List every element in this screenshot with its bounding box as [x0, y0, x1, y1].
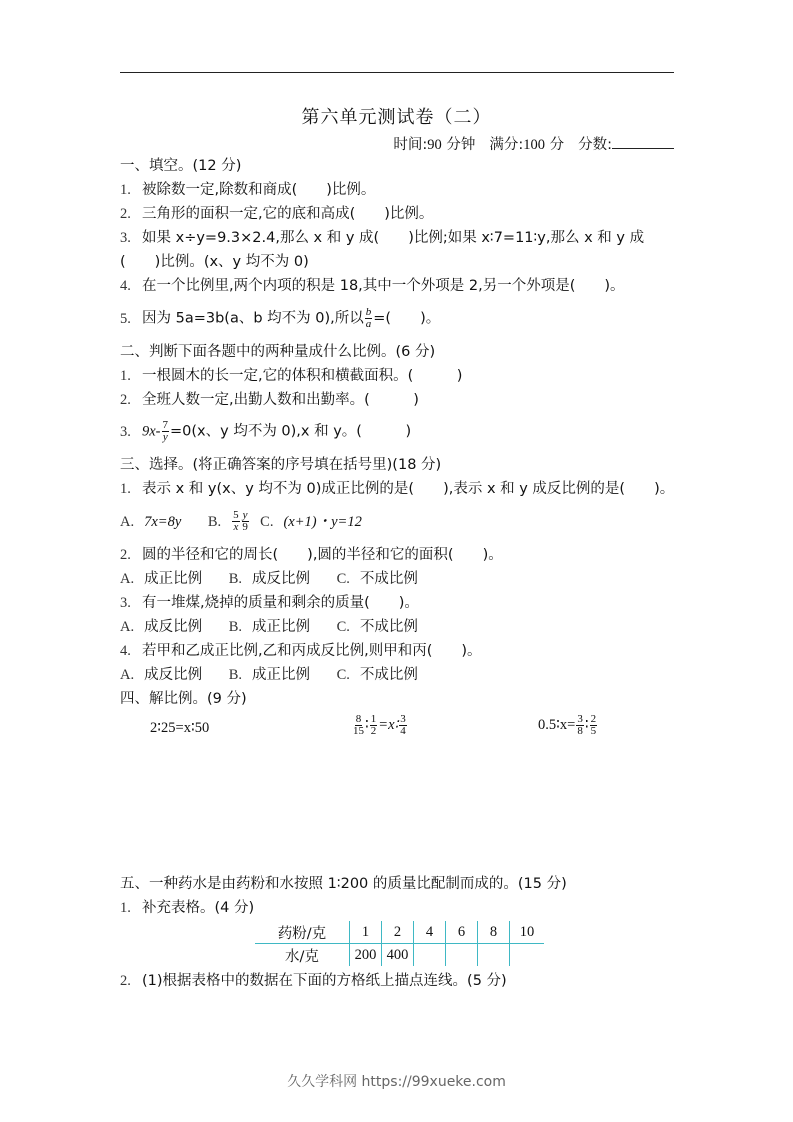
header-rule	[120, 72, 674, 73]
fraction: 7y	[162, 420, 170, 443]
section1-heading: 一、填空。(12 分)	[120, 156, 241, 176]
footer-watermark: 久久学科网 https://99xueke.com	[0, 1071, 793, 1091]
option-c: C.不成比例	[337, 569, 418, 589]
equation-3: 0.5∶x=38∶25	[538, 714, 598, 737]
option-a: A.成反比例	[120, 665, 202, 685]
section4-heading: 四、解比例。(9 分)	[120, 689, 247, 709]
page-title: 第六单元测试卷（二）	[0, 103, 793, 129]
table-row: 水/克 200 400	[255, 944, 544, 967]
question-3-3: 3.有一堆煤,烧掉的质量和剩余的质量( )。	[120, 593, 419, 613]
option-a: A.成正比例	[120, 569, 202, 589]
question-3-4: 4.若甲和乙成正比例,乙和丙成反比例,则甲和丙( )。	[120, 641, 482, 661]
question-5-2: 2.(1)根据表格中的数据在下面的方格纸上描点连线。(5 分)	[120, 971, 507, 991]
question-3-2-options: A.成正比例 B.成反比例 C.不成比例	[120, 569, 440, 589]
time-info: 时间:90 分钟	[393, 133, 475, 154]
question-3-2: 2.圆的半径和它的周长( ),圆的半径和它的面积( )。	[120, 545, 503, 565]
data-table: 药粉/克 1 2 4 6 8 10 水/克 200 400	[255, 921, 544, 966]
question-1-5: 5.因为 5a=3b(a、b 均不为 0),所以ba=( )。	[120, 307, 440, 330]
option-b: B.5xy9	[208, 510, 250, 533]
equation-1: 2∶25=x∶50	[150, 720, 209, 737]
option-b: B.成正比例	[229, 617, 310, 637]
fraction: ba	[365, 307, 373, 330]
question-3-4-options: A.成反比例 B.成正比例 C.不成比例	[120, 665, 440, 685]
section2-heading: 二、判断下面各题中的两种量成什么比例。(6 分)	[120, 342, 435, 362]
option-c: C.(x+1)・y=12	[260, 512, 362, 532]
option-c: C.不成比例	[337, 665, 418, 685]
section5-heading: 五、一种药水是由药粉和水按照 1∶200 的质量比配制而成的。(15 分)	[120, 874, 567, 894]
score-field[interactable]: 分数:	[578, 132, 674, 154]
option-a: A.7x=8y	[120, 512, 181, 532]
full-score-info: 满分:100 分	[489, 133, 564, 154]
question-1-1: 1.被除数一定,除数和商成( )比例。	[120, 180, 375, 200]
section3-heading: 三、选择。(将正确答案的序号填在括号里)(18 分)	[120, 455, 441, 475]
question-1-3: 3.如果 x÷y=9.3×2.4,那么 x 和 y 成( )比例;如果 x∶7=…	[120, 228, 644, 248]
option-a: A.成反比例	[120, 617, 202, 637]
question-5-1: 1.补充表格。(4 分)	[120, 898, 254, 918]
exam-meta: 时间:90 分钟 满分:100 分 分数:	[393, 132, 674, 154]
table-row: 药粉/克 1 2 4 6 8 10	[255, 921, 544, 944]
question-3-1: 1.表示 x 和 y(x、y 均不为 0)成正比例的是( ),表示 x 和 y …	[120, 479, 674, 499]
question-1-3-cont: ( )比例。(x、y 均不为 0)	[120, 252, 309, 272]
option-b: B.成反比例	[229, 569, 310, 589]
equation-2: 815∶12=x∶34	[352, 714, 408, 737]
option-c: C.不成比例	[337, 617, 418, 637]
question-3-3-options: A.成反比例 B.成正比例 C.不成比例	[120, 617, 440, 637]
question-2-2: 2.全班人数一定,出勤人数和出勤率。( )	[120, 390, 419, 410]
question-1-2: 2.三角形的面积一定,它的底和高成( )比例。	[120, 204, 433, 224]
question-3-1-options: A.7x=8y B.5xy9 C.(x+1)・y=12	[120, 510, 384, 533]
question-1-4: 4.在一个比例里,两个内项的积是 18,其中一个外项是 2,另一个外项是( )。	[120, 276, 625, 296]
option-b: B.成正比例	[229, 665, 310, 685]
question-2-1: 1.一根圆木的长一定,它的体积和横截面积。( )	[120, 366, 462, 386]
question-2-3: 3.9x-7y=0(x、y 均不为 0),x 和 y。( )	[120, 420, 411, 443]
